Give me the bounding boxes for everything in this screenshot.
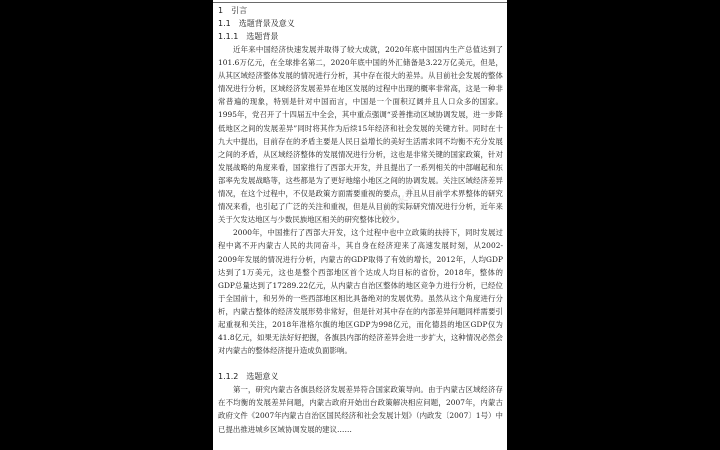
paragraph: 2000年，中国推行了西部大开发，这个过程中也中立政策的扶持下，同时发展过程中离…	[218, 226, 503, 357]
heading-subsection-background: 1.1.1选题背景	[218, 30, 503, 43]
paragraph: 第一，研究内蒙古各旗县经济发展差异符合国家政策导向。由于内蒙古区域经济存在不均衡…	[218, 383, 503, 435]
heading-title: 引言	[231, 6, 247, 15]
heading-number: 1	[218, 4, 223, 17]
heading-number: 1.1	[218, 17, 231, 30]
heading-title: 选题背景及意义	[239, 19, 295, 28]
heading-number: 1.1.1	[218, 30, 238, 43]
document-page: 1引言 1.1选题背景及意义 1.1.1选题背景 近年来中国经济快速发展并取得了…	[213, 0, 507, 450]
heading-section: 1.1选题背景及意义	[218, 17, 503, 30]
heading-title: 选题背景	[246, 32, 278, 41]
spacer	[218, 357, 503, 370]
heading-number: 1.1.2	[218, 370, 238, 383]
heading-chapter: 1引言	[218, 4, 503, 17]
heading-subsection-significance: 1.1.2选题意义	[218, 370, 503, 383]
page-content: 1引言 1.1选题背景及意义 1.1.1选题背景 近年来中国经济快速发展并取得了…	[218, 4, 503, 436]
paragraph: 近年来中国经济快速发展并取得了较大成就，2020年底中国国内生产总值达到了101…	[218, 43, 503, 226]
header-rule	[213, 2, 507, 3]
heading-title: 选题意义	[246, 372, 278, 381]
